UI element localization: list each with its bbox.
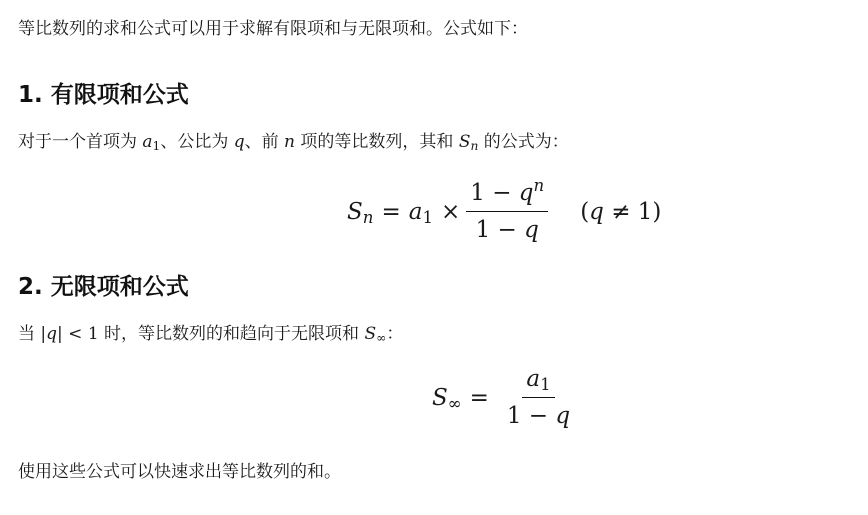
intro-paragraph: 等比数列的求和公式可以用于求解有限项和与无限项和。公式如下： bbox=[18, 17, 528, 41]
conclusion-paragraph: 使用这些公式可以快速求出等比数列的和。 bbox=[18, 460, 341, 484]
fraction: a1 1 − q bbox=[503, 364, 574, 431]
section1-heading: 1. 有限项和公式 bbox=[18, 76, 189, 109]
math-Sn: Sn bbox=[459, 132, 479, 152]
text: 的公式为： bbox=[478, 132, 568, 152]
text: 、前 bbox=[245, 132, 284, 152]
math-a1: a1 bbox=[142, 132, 160, 152]
math-Sinf: S∞ bbox=[364, 324, 386, 344]
math-q: q bbox=[234, 132, 245, 152]
infinite-sum-formula: S∞ = a1 1 − q bbox=[432, 364, 580, 431]
text: 对于一个首项为 bbox=[18, 132, 142, 152]
condition: (q ≠ 1) bbox=[580, 199, 661, 225]
section2-heading: 2. 无限项和公式 bbox=[18, 268, 189, 301]
finite-sum-formula: Sn = a1 × 1 − qn 1 − q (q ≠ 1) bbox=[347, 178, 661, 245]
math-n: n bbox=[284, 132, 295, 152]
text: 、公比为 bbox=[160, 132, 233, 152]
fraction: 1 − qn 1 − q bbox=[466, 178, 548, 245]
text: 项的等比数列，其和 bbox=[295, 132, 459, 152]
section2-paragraph: 当 |q| < 1 时，等比数列的和趋向于无限项和 S∞： bbox=[18, 322, 403, 346]
section1-paragraph: 对于一个首项为 a1、公比为 q、前 n 项的等比数列，其和 Sn 的公式为： bbox=[18, 130, 569, 154]
